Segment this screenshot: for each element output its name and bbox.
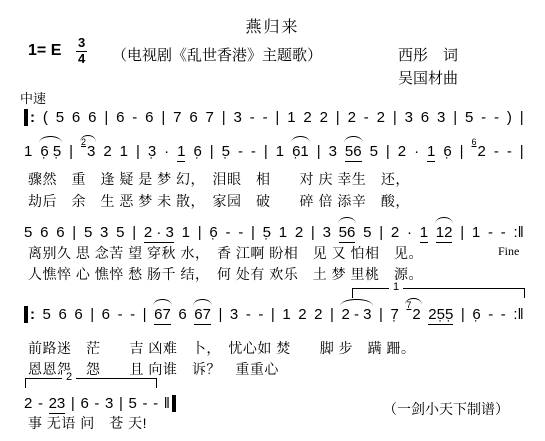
note-cell: 5	[465, 109, 473, 126]
barline: |	[379, 306, 383, 323]
note-cell: 1	[279, 224, 287, 241]
note-cell: 23	[81, 142, 95, 160]
music-line-verse-1: 16̣ 5̣|2321|3̣·16̣|5̣--|16̣1|3565|2·16̣|…	[24, 140, 524, 160]
barline: |	[520, 143, 524, 160]
note-cell: 6	[145, 109, 153, 126]
sheet-music-page: 燕归来 1= E 3 4 （电视剧《乱世香港》主题歌） 西彤 词 吴国材曲 中速…	[0, 0, 545, 441]
barline: |	[336, 109, 340, 126]
meter-denominator: 4	[78, 52, 85, 67]
note-cell: 1	[472, 224, 480, 241]
note-cell: 6̣	[193, 143, 201, 160]
note-cell: 3	[100, 224, 108, 241]
note-cell: -	[238, 224, 243, 241]
note-cell: 2	[24, 395, 32, 412]
music-line-ending: 2-23|6-3|5--‖	[24, 392, 176, 412]
barline: |	[264, 143, 268, 160]
note-cell: 6̣	[443, 143, 451, 160]
note-cell: -	[251, 143, 256, 160]
lyrics-row-1: 骤然 重 逢 疑 是 梦 幻， 泪眼 相 对 庆 幸生 还，	[28, 169, 410, 189]
note-cell: -	[501, 306, 506, 323]
barline: |	[453, 109, 457, 126]
note-cell: 6̣1	[292, 143, 309, 160]
barline: |	[222, 109, 226, 126]
note-cell: 2	[295, 224, 303, 241]
barline: |	[210, 143, 214, 160]
second-ending-bracket: 2	[25, 378, 157, 388]
note-cell: 2	[348, 109, 356, 126]
transcriber-credit: （一剑小天下制谱）	[383, 399, 509, 419]
note-cell: 56	[345, 143, 362, 160]
note-cell: 25̣5̣	[428, 306, 453, 323]
note-cell: 2	[377, 109, 385, 126]
note-cell: -	[488, 224, 493, 241]
note-cell: 5	[24, 224, 32, 241]
note-cell: 2	[298, 306, 306, 323]
note-cell: 5	[116, 224, 124, 241]
music-line-verse-2: 566|535|2 · 31|6̣--|5̣12|3565|2·112|1--:…	[24, 221, 524, 241]
note-cell: 12	[436, 224, 453, 241]
barline: |	[386, 143, 390, 160]
note-cell: -	[494, 109, 499, 126]
note-cell: 1	[287, 109, 295, 126]
note-cell: 6	[72, 109, 80, 126]
note-cell: -	[364, 109, 369, 126]
note-cell: 2	[398, 143, 406, 160]
tempo-marking: 中速	[20, 88, 46, 107]
barline: |	[136, 143, 140, 160]
lyrics-row-5: 前路迷 茫 吉 凶难 卜， 忧心如 焚 脚 步 蹒 跚。	[28, 338, 416, 358]
note-cell: -	[494, 143, 499, 160]
note-cell: 3	[234, 109, 242, 126]
barline: |	[69, 143, 73, 160]
note-cell: -	[263, 109, 268, 126]
note-cell: 23	[49, 395, 66, 412]
note-cell: 5	[363, 224, 371, 241]
note-cell: 3	[105, 395, 113, 412]
note-cell: 5	[43, 306, 51, 323]
barline: |	[460, 143, 464, 160]
barline: |	[520, 109, 524, 126]
note-cell: 7	[206, 109, 214, 126]
lyrics-row-4: 人憔悴 心 憔悴 愁 肠千 结， 何 处有 欢乐 土 梦 里桃 源。	[28, 264, 423, 284]
key-signature: 1= E	[28, 42, 61, 60]
note-cell: -	[258, 306, 263, 323]
note-cell: 1	[182, 224, 190, 241]
barline: :‖	[513, 306, 523, 323]
note-cell: 1	[24, 143, 32, 160]
note-cell: 67	[154, 306, 171, 323]
meter-numerator: 3	[76, 36, 87, 52]
note-cell: 6	[421, 109, 429, 126]
note-cell: 1	[282, 306, 290, 323]
note-cell: 6	[178, 306, 186, 323]
note-cell: 6	[88, 109, 96, 126]
note-cell: 6	[40, 224, 48, 241]
note-cell: 62	[472, 142, 486, 160]
note-cell: -	[246, 306, 251, 323]
note-cell: 7	[173, 109, 181, 126]
note-cell: 2	[103, 143, 111, 160]
note-cell: 1	[420, 224, 428, 241]
note-cell: 7̣	[391, 306, 399, 323]
note-cell: 6	[58, 306, 66, 323]
barline: |	[379, 224, 383, 241]
note-cell: 6̣	[472, 306, 480, 323]
grace-note: 7	[406, 300, 411, 310]
note-cell: 72	[406, 305, 420, 323]
grace-note: 6	[472, 137, 477, 147]
music-line-intro: :(566|6-6|767|3--|122|2-2|363|5--)|	[24, 106, 524, 126]
note-cell: ·	[414, 143, 419, 160]
note-cell: -	[130, 306, 135, 323]
note-cell: 5	[56, 109, 64, 126]
first-ending-number: 1	[389, 281, 403, 293]
grace-note: 2	[81, 137, 86, 147]
note-cell: -	[501, 224, 506, 241]
barline: |	[71, 395, 75, 412]
note-cell: 1	[120, 143, 128, 160]
note-cell: 6	[102, 306, 110, 323]
barline: |	[218, 306, 222, 323]
barline: |	[251, 224, 255, 241]
time-signature: 3 4	[76, 36, 87, 67]
note-cell: -	[250, 109, 255, 126]
note-cell: -	[38, 395, 43, 412]
barline: |	[317, 143, 321, 160]
note-cell: 5̣	[222, 143, 230, 160]
note-cell: 2 · 3	[144, 224, 174, 241]
music-line-bridge: :566|6--|67667|3--|122|2 - 3|7̣7225̣5̣|6…	[24, 303, 524, 323]
note-cell: 2	[303, 109, 311, 126]
barline: |	[330, 306, 334, 323]
fine-marking: Fine	[498, 244, 519, 259]
note-cell: (	[43, 109, 48, 126]
barline: |	[461, 306, 465, 323]
note-cell: 6	[80, 395, 88, 412]
barline: |	[198, 224, 202, 241]
lyricist-credit: 西彤 词	[398, 44, 458, 65]
note-cell: -	[481, 109, 486, 126]
note-cell: )	[507, 109, 512, 126]
barline: |	[271, 306, 275, 323]
barline: :‖	[513, 224, 523, 241]
second-ending-number: 2	[62, 371, 76, 383]
barline: :	[24, 306, 35, 323]
note-cell: 3	[323, 224, 331, 241]
barline: |	[143, 306, 147, 323]
barline: |	[460, 224, 464, 241]
barline: |	[119, 395, 123, 412]
barline: |	[161, 109, 165, 126]
note-cell: -	[507, 143, 512, 160]
note-cell: 6̣	[209, 224, 217, 241]
lyrics-row-2: 劫后 余 生 恶 梦 未 散， 家园 破 碎 倍 添辛 酸，	[28, 191, 410, 211]
barline: ‖	[164, 395, 176, 412]
barline: |	[104, 109, 108, 126]
note-cell: 6	[116, 109, 124, 126]
note-cell: -	[238, 143, 243, 160]
note-cell: 2	[320, 109, 328, 126]
note-cell: 5̣	[263, 224, 271, 241]
barline: |	[275, 109, 279, 126]
subtitle: （电视剧《乱世香港》主题歌）	[112, 44, 322, 65]
barline: :	[24, 109, 35, 126]
note-cell: 6	[189, 109, 197, 126]
note-cell: 1	[427, 143, 435, 160]
note-cell: 2	[391, 224, 399, 241]
note-cell: 3	[230, 306, 238, 323]
note-cell: 6̣ 5̣	[40, 143, 61, 160]
barline: |	[90, 306, 94, 323]
note-cell: 5	[370, 143, 378, 160]
note-cell: 3	[437, 109, 445, 126]
note-cell: 2 - 3	[341, 306, 371, 323]
composer-credit: 吴国材曲	[398, 67, 458, 88]
note-cell: 1	[177, 143, 185, 160]
note-cell: 5	[129, 395, 137, 412]
first-ending-bracket: 1	[352, 288, 525, 298]
song-title: 燕归来	[0, 14, 545, 37]
note-cell: 3	[405, 109, 413, 126]
note-cell: 5	[84, 224, 92, 241]
note-cell: -	[94, 395, 99, 412]
note-cell: 67	[194, 306, 211, 323]
note-cell: -	[488, 306, 493, 323]
note-cell: -	[225, 224, 230, 241]
lyrics-row-7: 事 无语 问 苍 天!	[28, 413, 147, 433]
barline: |	[311, 224, 315, 241]
barline: |	[132, 224, 136, 241]
barline: |	[393, 109, 397, 126]
note-cell: ·	[407, 224, 412, 241]
note-cell: -	[118, 306, 123, 323]
note-cell: 3	[329, 143, 337, 160]
note-cell: ·	[164, 143, 169, 160]
note-cell: 2	[314, 306, 322, 323]
note-cell: -	[153, 395, 158, 412]
note-cell: 1	[276, 143, 284, 160]
note-cell: 6	[56, 224, 64, 241]
note-cell: 3̣	[148, 143, 156, 160]
note-cell: -	[132, 109, 137, 126]
barline: |	[72, 224, 76, 241]
lyrics-row-3: 离别久 思 念苦 望 穿秋 水， 香 江啊 盼相 见 又 怕相 见。	[28, 243, 423, 263]
note-cell: 56	[339, 224, 356, 241]
note-cell: 6	[74, 306, 82, 323]
note-cell: -	[143, 395, 148, 412]
